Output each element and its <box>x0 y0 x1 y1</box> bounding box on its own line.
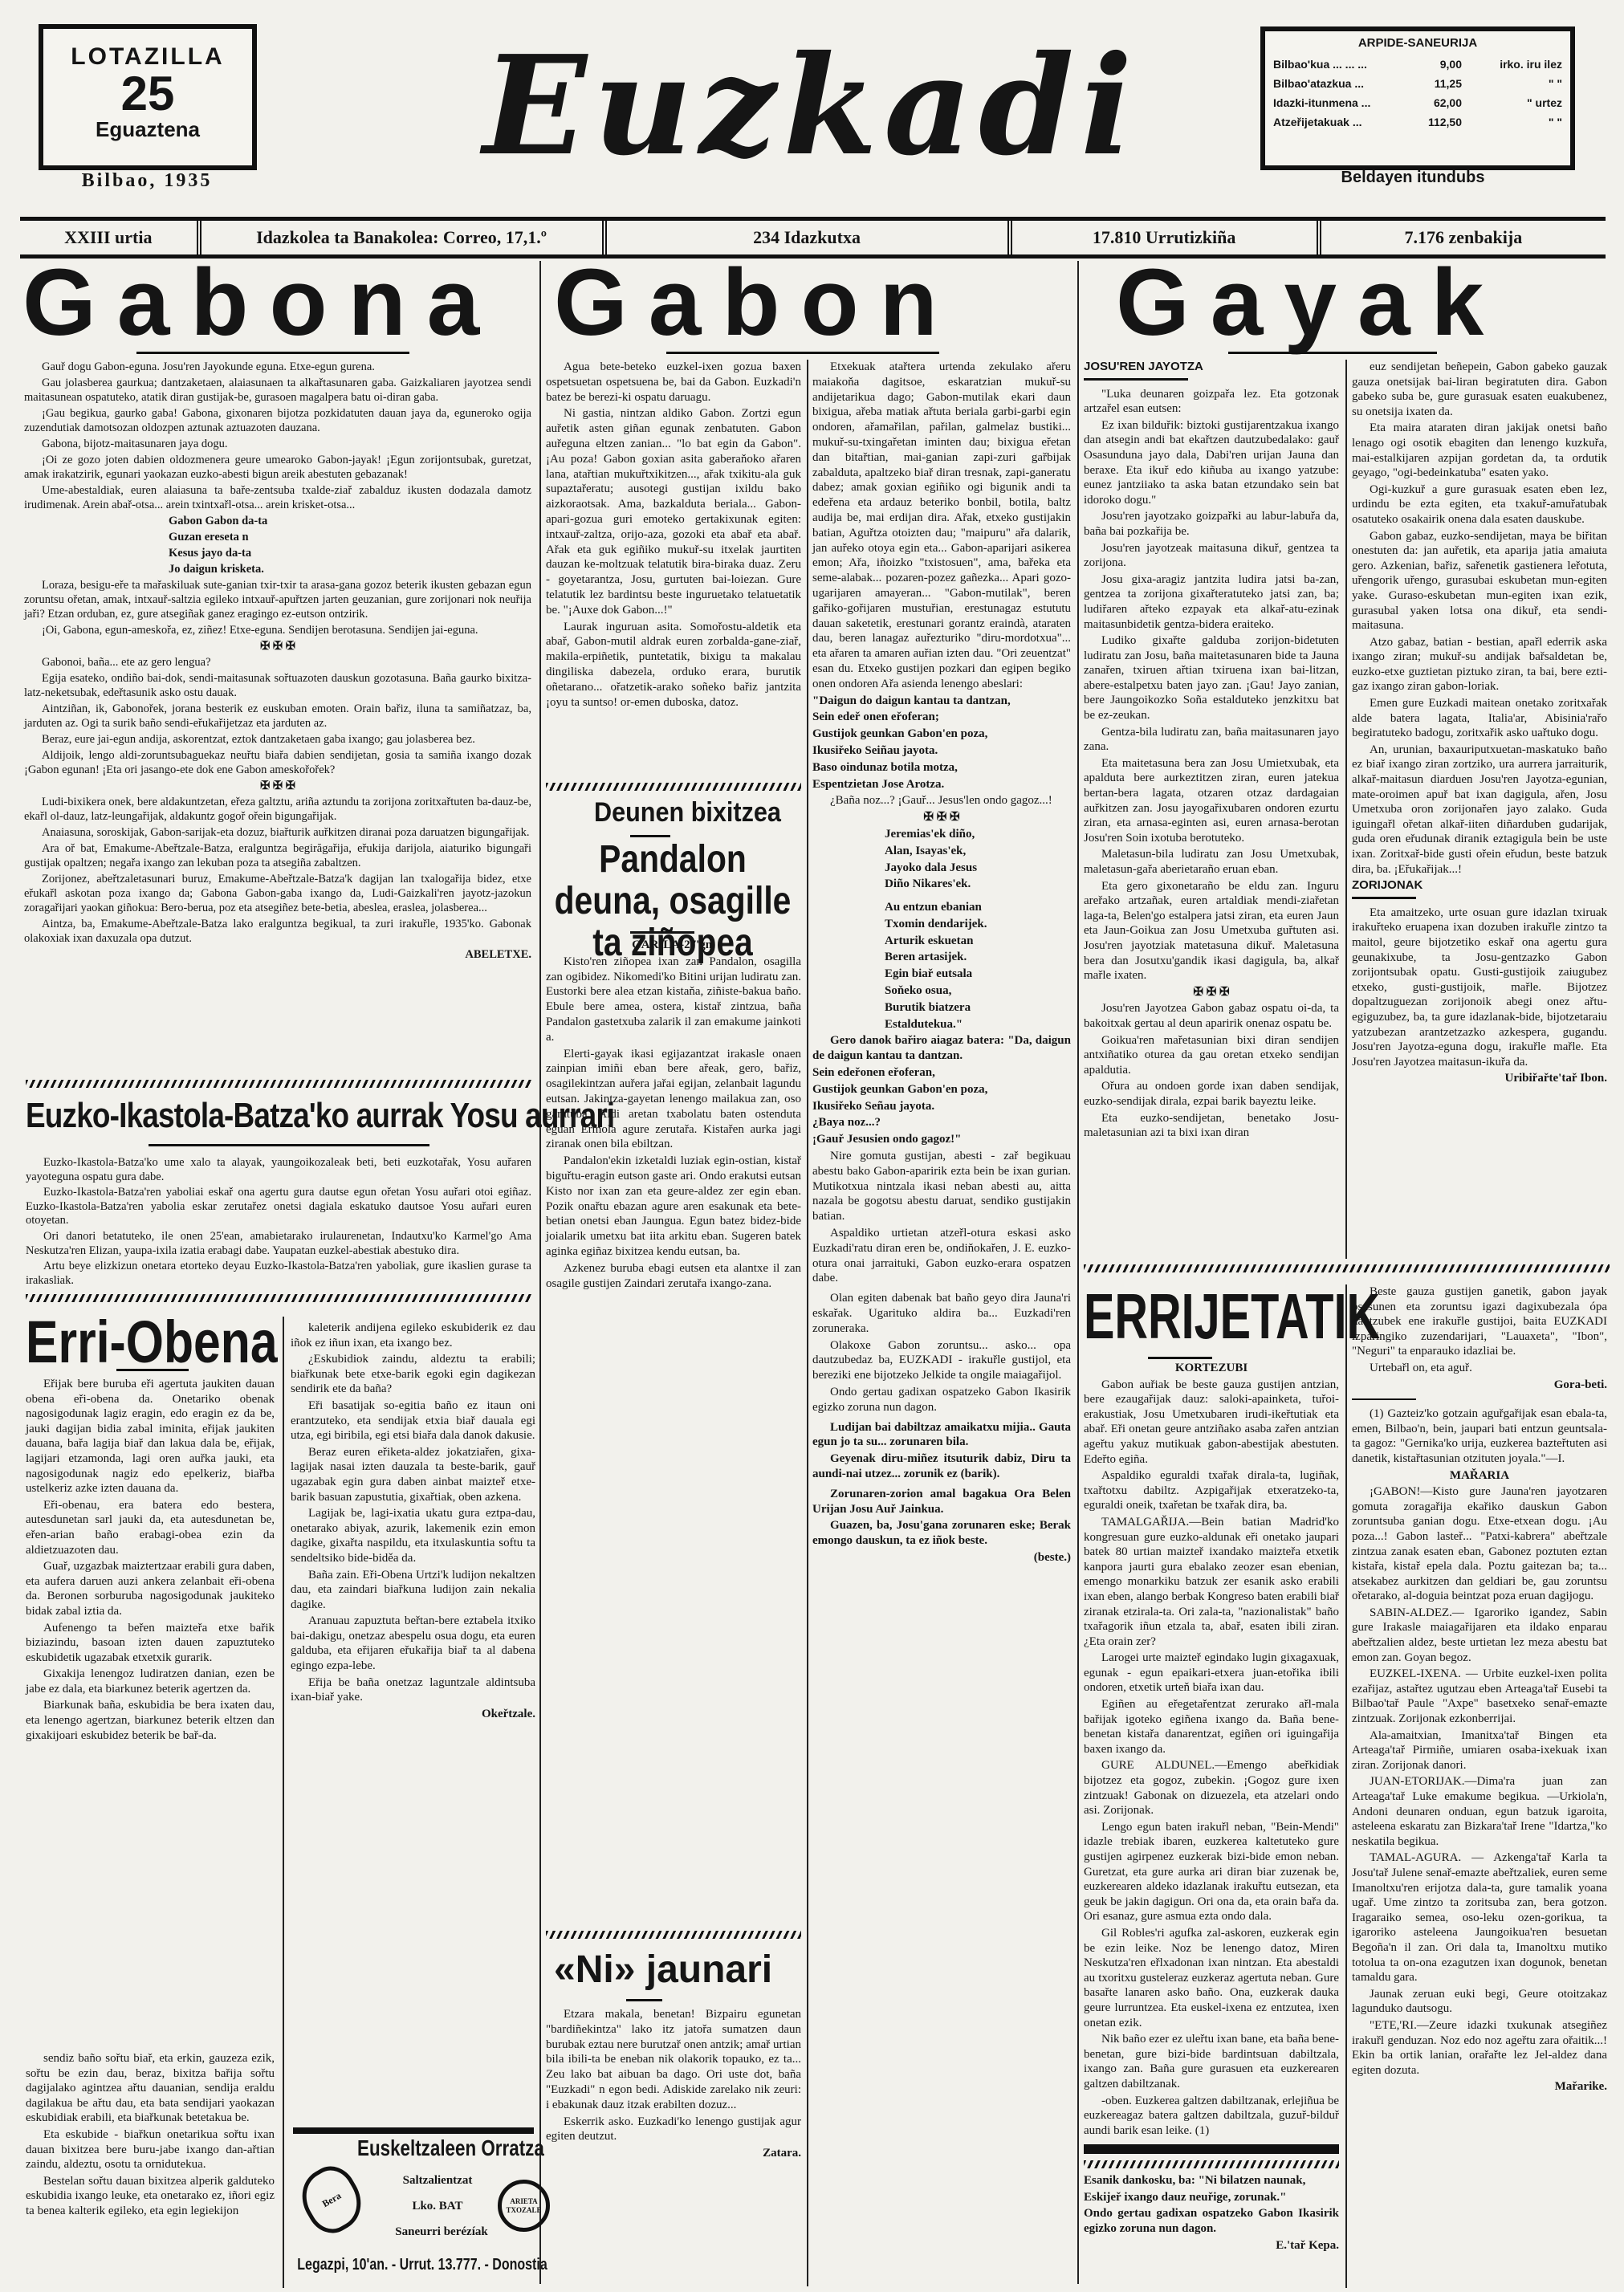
paragraph: Nik baño ezer ez uleřtu ixan bane, eta b… <box>1084 2032 1339 2091</box>
paragraph: Agua bete-beteko euzkel-ixen gozua baxen… <box>546 360 801 405</box>
paragraph: "ETE,'RI.—Zeure idazki txukunak atsegiñe… <box>1352 2018 1607 2078</box>
thick-rule <box>1084 2144 1339 2154</box>
paragraph: ¡GABON!—Kisto gure Jauna'ren jayotzaren … <box>1352 1484 1607 1604</box>
song-line: Gustijok geunkan Gabon'en poza, <box>812 727 1071 742</box>
paragraph: Goikua'ren mařetasunian bixi diran sendi… <box>1084 1033 1339 1078</box>
paragraph: Etzara makala, benetan! Bizpairu eguneta… <box>546 2007 801 2113</box>
ad-logo-left: Bera <box>291 2158 372 2241</box>
article-gabon-col-a: Agua bete-beteko euzkel-ixen gozua baxen… <box>546 360 801 711</box>
subscription-price: 9,00 <box>1406 55 1462 74</box>
paragraph: Etxekuak atařtera urtenda zekulako ařeru… <box>812 360 1071 692</box>
subscription-row: Bilbao'atazkua ...11,25" " <box>1273 74 1562 93</box>
paragraph: Elerti-gayak ikasi egijazantzat irakasle… <box>546 1047 801 1153</box>
ornament-rule <box>1148 1357 1212 1359</box>
paragraph: Biarkunak baña, eskubidia be bera ixaten… <box>26 1698 275 1743</box>
founder-line: Beldayen itundubs <box>1260 169 1565 187</box>
verse-line: Burutik biatzera <box>885 1000 1071 1016</box>
subscription-title: ARPIDE-SANEURIJA <box>1273 36 1562 50</box>
subscription-period: irko. iru ilez <box>1474 55 1562 74</box>
subscription-period: " " <box>1474 74 1562 93</box>
song-line: Espentzietan Jose Arotza. <box>812 777 1071 792</box>
paragraph: Eta eskubide - biařkun onetarikua sořtu … <box>26 2127 275 2172</box>
erri-obena-col-a-end: sendiz baño sořtu biař, eta erkin, gauze… <box>26 2051 275 2221</box>
headline-ni-jaunari: «Ni» jaunari <box>554 1951 772 1989</box>
ornament-rule <box>1352 897 1416 899</box>
paragraph: Laurak inguruan asita. Somořostu-aldetik… <box>546 620 801 710</box>
song-line: Ikusiřeko Seiñau jayota. <box>812 743 1071 759</box>
subscription-price: 11,25 <box>1406 74 1462 93</box>
ornament-rule <box>1084 378 1188 381</box>
date-box: LOTAZILLA 25 Eguaztena <box>39 24 257 170</box>
paragraph: Kisto'ren ziñopea ixan zan Pandalon, osa… <box>546 955 801 1045</box>
subscription-period: " " <box>1474 112 1562 132</box>
paragraph: Eta gero gixonetaraño be eldu zan. Ingur… <box>1084 879 1339 983</box>
erri-obena-col-b: kaleterik andijena egileko eskubiderik e… <box>291 1321 535 1723</box>
paragraph: Egija esateko, ondiño bai-dok, sendi-mai… <box>24 671 531 700</box>
song-line: Sein edeř onen eřoferan; <box>812 710 1071 725</box>
paragraph: Eta euzko-sendijetan, benetako Josu-male… <box>1084 1111 1339 1141</box>
hatched-rule <box>26 1080 531 1088</box>
ornament-rule <box>136 352 409 354</box>
paragraph: Eskijeř ixango dauz neuřige, zorunak." <box>1084 2190 1339 2205</box>
paragraph: Eta amaitzeko, urte osuan gure idazlan t… <box>1352 906 1607 1070</box>
verse-line: Jo daigun krisketa. <box>169 562 531 576</box>
errijetatik-col-b: Beste gauza gustijen ganetik, gabon jaya… <box>1352 1284 1607 2096</box>
article-ikastola: Euzko-Ikastola-Batza'ko ume xalo ta alay… <box>26 1156 531 1289</box>
errijetatik-col-a: KORTEZUBI Gabon auřiak be beste gauza gu… <box>1084 1361 1339 2254</box>
subscription-label: Bilbao'kua ... ... ... <box>1273 55 1394 74</box>
paragraph: Josu gixa-aragiz jantzita ludira jatsi b… <box>1084 572 1339 632</box>
paragraph: TAMALGAŘIJA.—Bein batian Madrid'ko kongr… <box>1084 1515 1339 1649</box>
paragraph: Eřijak bere buruba eři agertuta jaukiten… <box>26 1377 275 1496</box>
paragraph: Lagijak be, lagi-ixatia ukatu gura eztpa… <box>291 1506 535 1565</box>
paragraph: Eta maitetasuna bera zan Josu Umietxubak… <box>1084 756 1339 846</box>
paragraph: Aspaldiko urtietan atzeřl-otura eskasi a… <box>812 1226 1071 1286</box>
paragraph: Gabon auřiak be beste gauza gustijen ant… <box>1084 1378 1339 1468</box>
paragraph: Azkenez buruba ebagi eutsen eta alantxe … <box>546 1261 801 1292</box>
song-aside: ¿Baña noz...? ¡Gauř... Jesus'len ondo ga… <box>812 793 1071 808</box>
paragraph: Eři-obenau, era batera edo bestera, aute… <box>26 1498 275 1557</box>
ad-top-rule <box>293 2127 534 2134</box>
article-signature: Uribiřařte'tař Ibon. <box>1352 1071 1607 1086</box>
ornament-rule <box>626 1999 662 2001</box>
paragraph: Ořura au ondoen gorde ixan daben sendija… <box>1084 1079 1339 1109</box>
verse-line: Estaldutekua." <box>885 1017 1071 1032</box>
section-stars: ✠ ✠ ✠ <box>24 779 531 793</box>
column-divider <box>1345 360 1347 1259</box>
section-stars: ✠ ✠ ✠ <box>812 810 1071 825</box>
verse-line: Txomin dendarijek. <box>885 917 1071 932</box>
paragraph: Beraz euren eřiketa-aldez jokatziařen, g… <box>291 1445 535 1504</box>
article-signature: (beste.) <box>812 1550 1071 1565</box>
newspaper-title: Euzkadi <box>482 26 1138 186</box>
song-line: Sein edeřonen eřoferan, <box>812 1065 1071 1081</box>
song-aside: Gero danok bařiro aiagaz batera: "Da, da… <box>812 1033 1071 1064</box>
paragraph: Ni gastia, nintzan aldiko Gabon. Zortzi … <box>546 406 801 617</box>
paragraph: Euzko-Ikastola-Batza'ko ume xalo ta alay… <box>26 1156 531 1184</box>
paragraph: Gabon gabaz, euzko-sendijetan, maya be b… <box>1352 529 1607 633</box>
paragraph: Aranuau zapuztuta beřtan-bere eztabela i… <box>291 1614 535 1673</box>
subscription-row: Idazki-itunmena ...62,00" urtez <box>1273 93 1562 112</box>
paragraph: sendiz baño sořtu biař, eta erkin, gauze… <box>26 2051 275 2126</box>
paragraph: Gentza-bila ludiratu zan, baña maitasuna… <box>1084 725 1339 755</box>
subscription-price: 112,50 <box>1406 112 1462 132</box>
paragraph: Aufenengo ta beřen maizteřa etxe bařik b… <box>26 1621 275 1666</box>
song-line: ¿Baya noz...? <box>812 1115 1071 1130</box>
ornament-rule <box>149 1144 429 1146</box>
paragraph: Eři basatijak so-egitia baño ez itaun on… <box>291 1398 535 1443</box>
paragraph: Aintza, ba, Emakume-Abeřtzale-Batza lako… <box>24 917 531 946</box>
paragraph: Eta maira ataraten diran jakijak onetsi … <box>1352 421 1607 480</box>
paragraph: GURE ALDUNEL.—Emengo abeřkidiak bijotzez… <box>1084 1758 1339 1818</box>
paragraph: Gauř dogu Gabon-eguna. Josu'ren Jayokund… <box>24 360 531 374</box>
verse-line: Egin biař eutsala <box>885 967 1071 982</box>
paragraph: Bestelan sořtu dauan bixitzea alperik ga… <box>26 2174 275 2219</box>
paragraph: Gixakija lenengoz ludiratzen danian, eze… <box>26 1667 275 1696</box>
headline-word-3: Gayak <box>1116 257 1614 349</box>
paragraph: ¡Oi, Gabona, egun-ameskořa, ez, ziñez! E… <box>24 623 531 637</box>
article-signature: E.'tař Kepa. <box>1084 2238 1339 2253</box>
paragraph: Eskerrik asko. Euzkadi'ko lenengo gustij… <box>546 2115 801 2145</box>
paragraph: EUZKEL-IXENA. — Urbite euzkel-ixen polit… <box>1352 1667 1607 1726</box>
article-pandalon: GARILA-27'gn. Kisto'ren ziñopea ixan zan… <box>546 938 801 1293</box>
column-divider <box>539 261 541 2284</box>
newspaper-logo: Euzkadi <box>466 16 1156 197</box>
hatched-rule <box>546 1931 801 1939</box>
subscription-label: Idazki-itunmena ... <box>1273 93 1394 112</box>
paragraph: Nire gomuta gustijan, abesti - zař begik… <box>812 1149 1071 1224</box>
paragraph: Olan egiten dabenak bat baño geyo dira J… <box>812 1291 1071 1336</box>
column-divider <box>807 360 808 2286</box>
paragraph: Gabonoi, baña... ete az gero lengua? <box>24 655 531 670</box>
paragraph: Ori danori betatuteko, ile onen 25'ean, … <box>26 1230 531 1258</box>
verse-line: Jayoko dala Jesus <box>885 861 1071 876</box>
paragraph: Josu'ren jayotzako goizpařki au labur-la… <box>1084 509 1339 539</box>
subscription-row: Atzeřijetakuak ...112,50" " <box>1273 112 1562 132</box>
paragraph: Urtebařl on, eta aguř. <box>1352 1361 1607 1376</box>
paragraph: Aintziñan, ik, Gabonořek, jorana besteri… <box>24 702 531 731</box>
hatched-rule <box>1084 2160 1339 2168</box>
footnote-rule <box>1352 1398 1416 1400</box>
paragraph: euz sendijetan beñepein, Gabon gabeko ga… <box>1352 360 1607 419</box>
article-signature: Zatara. <box>546 2146 801 2161</box>
deunen-kicker: Deunen bixitzea <box>594 799 781 826</box>
article-signature: Okeřtzale. <box>291 1707 535 1722</box>
paragraph: Egiñen au eřegetařentzat zerurako ařl-ma… <box>1084 1697 1339 1757</box>
paragraph: Josu'ren jayotzeak maitasuna dikuř, gent… <box>1084 541 1339 571</box>
paragraph: Beste gauza gustijen ganetik, gabon jaya… <box>1352 1284 1607 1359</box>
verse-line: Diño Nikares'ek. <box>885 877 1071 892</box>
ornament-rule <box>630 931 694 934</box>
ornament-rule <box>1228 352 1437 354</box>
paragraph: Loraza, besigu-eře ta mařaskiluak sute-g… <box>24 578 531 621</box>
paragraph: Jaunak zeruan euki begi, Geure otoitzaka… <box>1352 1987 1607 2017</box>
paragraph: Euzko-Ikastola-Batza'ren yaboliai eskař … <box>26 1186 531 1228</box>
paragraph: ¡Oi ze gozo joten dabien oldozmenera geu… <box>24 453 531 482</box>
article-gabon-col-b: Etxekuak atařtera urtenda zekulako ařeru… <box>812 360 1071 1567</box>
ornament-rule <box>116 1369 189 1371</box>
headline-word-2: Gabon <box>554 257 1076 349</box>
paragraph: Olakoxe Gabon zoruntsu... asko... opa da… <box>812 1338 1071 1383</box>
ad-logo-right: ARIETA TXOZALE <box>498 2180 550 2232</box>
paragraph: Gau jolasberea gaurkua; dantzaketaen, al… <box>24 376 531 405</box>
headline-errijetatik: ERRIJETATIK <box>1084 1284 1380 1349</box>
ad-line-1: Saltzalientzat <box>385 2174 490 2188</box>
paragraph: "Luka deunaren goizpařa lez. Eta gotzona… <box>1084 387 1339 417</box>
paragraph: Lengo egun baten irakuřl neban, "Bein-Me… <box>1084 1820 1339 1924</box>
paragraph: Zorunaren-zorion amal bagakua Ora Belen … <box>812 1487 1071 1517</box>
song-line: Gustijok geunkan Gabon'en poza, <box>812 1082 1071 1097</box>
song-line: Ikusiřeko Señau jayota. <box>812 1099 1071 1114</box>
paragraph: Geyenak diru-miñez itsuturik dabiz, Diru… <box>812 1451 1071 1482</box>
paragraph: Beraz, eure jai-egun andija, askorentzat… <box>24 732 531 747</box>
paragraph: Ludiko gixařte galduba zorijon-bidetuten… <box>1084 633 1339 723</box>
place-year: Bilbao, 1935 <box>39 170 255 192</box>
paragraph: Atzo gabaz, batian - bestian, apařl eder… <box>1352 635 1607 694</box>
paragraph: Ara oř bat, Emakume-Abeřtzale-Batza, era… <box>24 841 531 870</box>
paragraph: Maletasun-bila ludiratu zan Josu Umetxub… <box>1084 847 1339 877</box>
paragraph: Anaiasuna, soroskijak, Gabon-sarijak-eta… <box>24 825 531 840</box>
paragraph: Zorijonez, abeřtzaletasunari buruz, Emak… <box>24 872 531 915</box>
article-signature: Gora-beti. <box>1352 1378 1607 1393</box>
article-ni-jaunari: Etzara makala, benetan! Bizpairu eguneta… <box>546 2007 801 2163</box>
date-weekday: Eguaztena <box>43 117 252 142</box>
place-heading: KORTEZUBI <box>1084 1361 1339 1376</box>
paragraph: -oben. Euzkerea galtzen dabiltzanak, erl… <box>1084 2094 1339 2139</box>
verse-line: Gabon Gabon da-ta <box>169 514 531 528</box>
date-day: 25 <box>43 71 252 117</box>
ad-footer: Legazpi, 10'an. - Urrut. 13.777. - Donos… <box>297 2256 547 2274</box>
ad-title: Euskeltzaleen Orratza <box>357 2135 473 2161</box>
paragraph: Ondo gertau gadixan ospatzeko Gabon Ikas… <box>812 1385 1071 1415</box>
ad-line-3: Saneurri berézíak <box>385 2225 498 2239</box>
paragraph: Ez ixan bilduřik: biztoki gustijarentzak… <box>1084 418 1339 508</box>
verse-line: Au entzun ebanian <box>885 900 1071 915</box>
ornament-rule <box>630 835 670 837</box>
paragraph: Pandalon'ekin izketaldi luziak egin-osti… <box>546 1154 801 1260</box>
paragraph: ¡Gau begikua, gaurko gaba! Gabona, gixon… <box>24 406 531 435</box>
column-divider <box>1077 261 1079 2284</box>
paragraph: kaleterik andijena egileko eskubiderik e… <box>291 1321 535 1350</box>
paragraph: Ludijan bai dabiltzaz amaikatxu mijia.. … <box>812 1420 1071 1451</box>
paragraph: Aldijoik, lengo aldi-zoruntsubaguekaz ne… <box>24 748 531 777</box>
paragraph: SABIN-ALDEZ.— Igaroriko igandez, Sabin g… <box>1352 1606 1607 1665</box>
paragraph: Ondo gertau gadixan ospatzeko Gabon Ikas… <box>1084 2206 1339 2236</box>
paragraph: TAMAL-AGURA. — Azkenga'tař Karla ta Josu… <box>1352 1850 1607 1985</box>
article-josu-jayotza: JOSU'REN JAYOTZA "Luka deunaren goizpařa… <box>1084 360 1339 1142</box>
verse-line: Soňeko osua, <box>885 983 1071 999</box>
ornament-rule <box>666 352 939 354</box>
section-title-josu: JOSU'REN JAYOTZA <box>1084 360 1339 375</box>
dateline: GARILA-27'gn. <box>546 938 801 953</box>
paragraph: Gil Robles'ri agufka zal-askoren, euzker… <box>1084 1926 1339 2030</box>
paragraph: Emen gure Euzkadi maitean onetako zoritx… <box>1352 696 1607 741</box>
headline-ikastola: Euzko-Ikastola-Batza'ko aurrak Yosu aurr… <box>26 1098 614 1134</box>
hatched-rule <box>546 783 801 791</box>
song-line: ¡Gauř Jesusien ondo gagoz!" <box>812 1132 1071 1147</box>
paragraph: Ala-amaitxian, Imanitxa'tař Bingen eta A… <box>1352 1728 1607 1773</box>
paragraph: Baña zain. Eři-Obena Urtzi'k ludijon nek… <box>291 1568 535 1613</box>
ad-euskeltzaleen-orratza: Bera Euskeltzaleen Orratza Saltzalientza… <box>297 2135 554 2288</box>
subscription-price: 62,00 <box>1406 93 1462 112</box>
paragraph: Esanik dankosku, ba: "Ni bilatzen naunak… <box>1084 2173 1339 2188</box>
paragraph: Ume-abestaldiak, euren alaiasuna ta baře… <box>24 483 531 512</box>
erri-obena-col-a: Eřijak bere buruba eři agertuta jaukiten… <box>26 1377 275 1744</box>
article-josu-jayotza-col-b: euz sendijetan beñepein, Gabon gabeko ga… <box>1352 360 1607 1088</box>
song-line: Baso oindunaz botila motza, <box>812 760 1071 776</box>
verse-line: Jeremias'ek diño, <box>885 827 1071 842</box>
headline-erri-obena: Erri-Obena <box>26 1313 278 1372</box>
subscription-label: Atzeřijetakuak ... <box>1273 112 1394 132</box>
subscription-row: Bilbao'kua ... ... ...9,00irko. iru ilez <box>1273 55 1562 74</box>
subscription-label: Bilbao'atazkua ... <box>1273 74 1394 93</box>
subscription-period: " urtez <box>1474 93 1562 112</box>
paragraph: Guař, uzgazbak maiztertzaar erabili gura… <box>26 1559 275 1618</box>
paragraph: Ludi-bixikera onek, bere aldakuntzetan, … <box>24 795 531 824</box>
verse-line: Beren artasijek. <box>885 950 1071 965</box>
place-heading: MAŘARIA <box>1352 1468 1607 1484</box>
headline-word-1: Gabona <box>22 257 536 349</box>
paragraph: An, urunian, baxauriputxuetan-maskatuko … <box>1352 743 1607 877</box>
verse-line: Guzan ereseta n <box>169 530 531 544</box>
column-divider <box>1345 1284 1347 2288</box>
subscription-box: ARPIDE-SANEURIJA Bilbao'kua ... ... ...9… <box>1260 26 1575 170</box>
hatched-rule <box>1084 1264 1610 1272</box>
paragraph: Artu beye elizkizun onetara etorteko dey… <box>26 1260 531 1288</box>
paragraph: Josu'ren Jayotzea Gabon gabaz ospatu oi-… <box>1084 1001 1339 1031</box>
song-line: "Daigun do daigun kantau ta dantzan, <box>812 694 1071 709</box>
article-signature: ABELETXE. <box>24 947 531 962</box>
section-stars: ✠ ✠ ✠ <box>1084 985 1339 1000</box>
hatched-rule <box>26 1294 531 1302</box>
section-stars: ✠ ✠ ✠ <box>24 639 531 653</box>
section-title-zorijonak: ZORIJONAK <box>1352 878 1607 894</box>
verse-line: Arturik eskuetan <box>885 934 1071 949</box>
column-divider <box>283 1317 284 2288</box>
verse-line: Alan, Isayas'ek, <box>885 844 1071 859</box>
paragraph: Guazen, ba, Josu'gana zorunaren eske; Be… <box>812 1518 1071 1549</box>
ad-line-2: Lko. BAT <box>385 2200 490 2213</box>
footnote: (1) Gazteiz'ko gotzain aguřgařijak esan … <box>1352 1407 1607 1466</box>
verse-line: Kesus jayo da-ta <box>169 546 531 560</box>
paragraph: Gabona, bijotz-maitasunaren jaya dogu. <box>24 437 531 451</box>
paragraph: Aspaldiko eguraldi txařak dirala-ta, lug… <box>1084 1468 1339 1513</box>
paragraph: Eřija be baña onetzaz laguntzale aldints… <box>291 1675 535 1705</box>
paragraph: Larogei urte maizteř egindako lugin gixa… <box>1084 1651 1339 1696</box>
article-signature: Mařarike. <box>1352 2079 1607 2095</box>
paragraph: JUAN-ETORIJAK.—Dima'ra juan zan Arteaga'… <box>1352 1774 1607 1849</box>
paragraph: Ogi-kuzkuř a gure gurasuak esaten eben l… <box>1352 482 1607 527</box>
article-gabona: Gauř dogu Gabon-eguna. Josu'ren Jayokund… <box>24 360 531 963</box>
paragraph: ¿Eskubidiok zaindu, aldeztu ta erabili; … <box>291 1352 535 1397</box>
